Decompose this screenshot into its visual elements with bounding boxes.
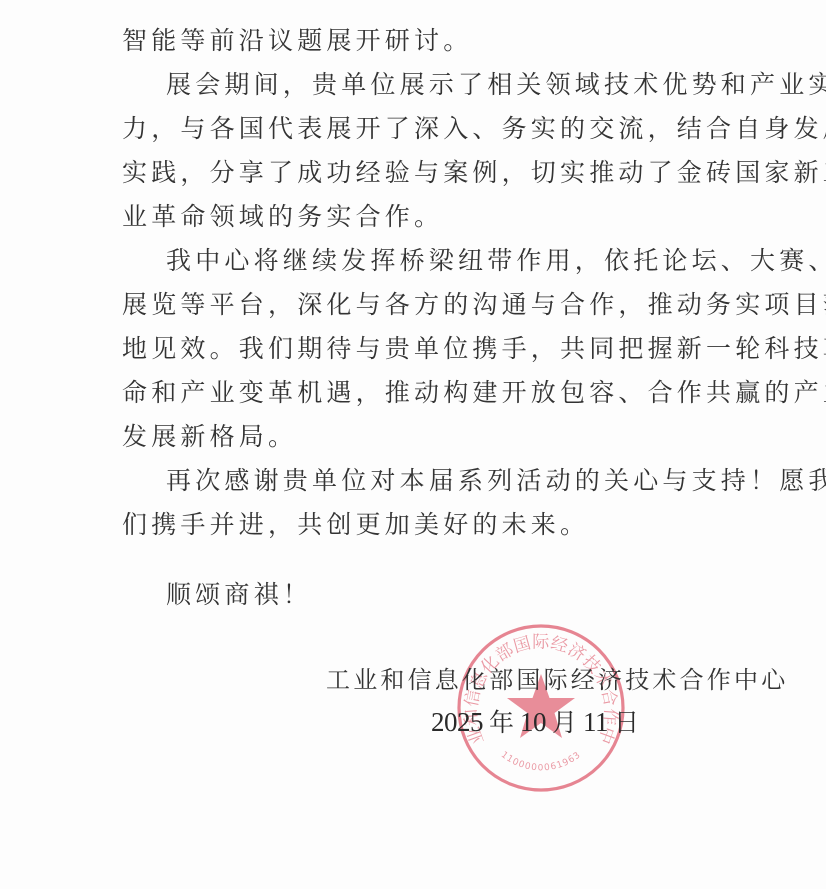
- svg-text:1100000061963: 1100000061963: [499, 750, 583, 773]
- body-line-1: 智能等前沿议题展开研讨。: [122, 24, 712, 58]
- body-line-7: 展览等平台，深化与各方的沟通与合作，推动务实项目落: [122, 288, 712, 322]
- date-year: 2025: [431, 707, 483, 737]
- body-line-8: 地见效。我们期待与贵单位携手，共同把握新一轮科技革: [122, 332, 712, 366]
- body-line-9: 命和产业变革机遇，推动构建开放包容、合作共赢的产业: [122, 376, 712, 410]
- signature-date: 2025年10月11日: [431, 705, 645, 740]
- body-line-5: 业革命领域的务实合作。: [122, 200, 712, 234]
- body-line-4: 实践，分享了成功经验与案例，切实推动了金砖国家新工: [122, 156, 712, 190]
- date-month: 10: [520, 707, 546, 737]
- seal-code: 1100000061963: [499, 750, 583, 773]
- date-month-unit: 月: [552, 708, 577, 737]
- body-line-11: 再次感谢贵单位对本届系列活动的关心与支持！愿我: [166, 464, 756, 498]
- body-line-2: 展会期间，贵单位展示了相关领域技术优势和产业实: [166, 68, 756, 102]
- closing-salutation: 顺颂商祺！: [166, 578, 756, 612]
- date-day: 11: [583, 707, 608, 737]
- body-line-12: 们携手并进，共创更加美好的未来。: [122, 508, 712, 542]
- date-year-unit: 年: [489, 708, 514, 737]
- letter-page: 智能等前沿议题展开研讨。 展会期间，贵单位展示了相关领域技术优势和产业实 力，与…: [0, 0, 826, 889]
- date-day-unit: 日: [614, 708, 639, 737]
- body-line-3: 力，与各国代表展开了深入、务实的交流，结合自身发展: [122, 112, 712, 146]
- body-line-10: 发展新格局。: [122, 420, 712, 454]
- signature-organization: 工业和信息化部国际经济技术合作中心: [326, 664, 788, 696]
- body-line-6: 我中心将继续发挥桥梁纽带作用，依托论坛、大赛、: [166, 244, 756, 278]
